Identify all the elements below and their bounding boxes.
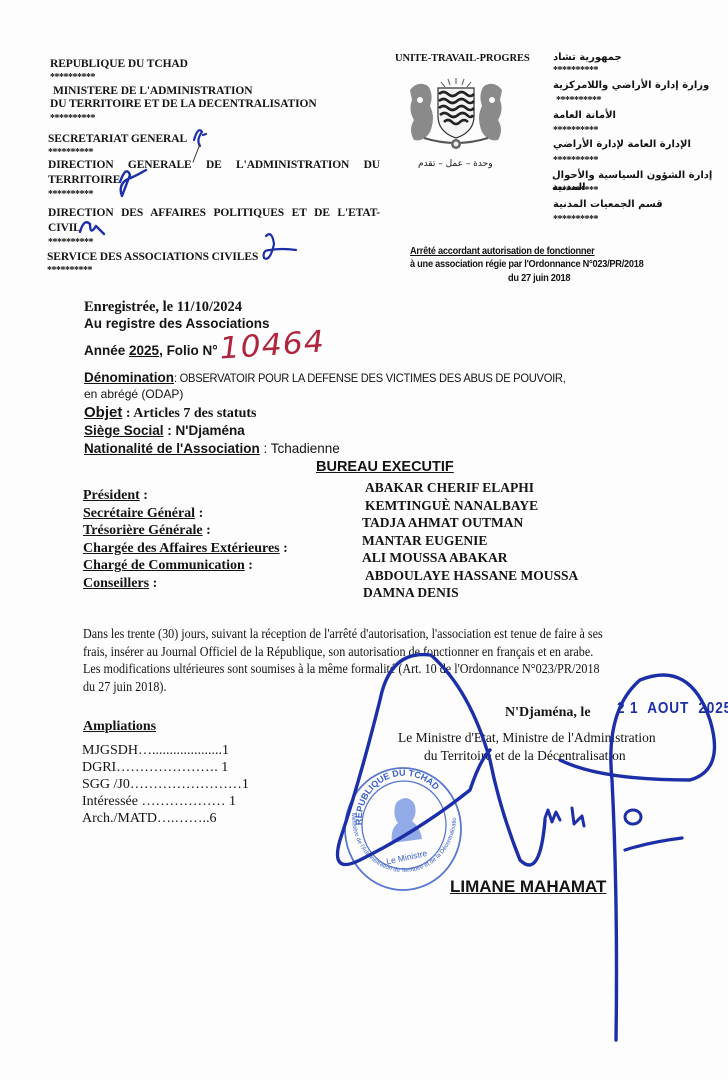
bureau-roles: Président : Secrétaire Général : Trésori…: [83, 487, 288, 592]
header-direction-generale-line1: DIRECTION GENERALE DE L'ADMINISTRATION D…: [48, 159, 380, 172]
separator: **********: [553, 126, 598, 136]
notice-line: Les modifications ultérieures sont soumi…: [83, 660, 653, 678]
arabic-header-line: قسم الجمعيات المدنية: [553, 199, 663, 211]
nationality-value: : Tchadienne: [260, 441, 340, 456]
member-name: KEMTINGUÈ NANALBAYE: [362, 497, 578, 515]
seat-label: Siège Social: [84, 423, 164, 438]
decree-ordinance: à une association régie par l'Ordonnance…: [410, 258, 644, 270]
ampliation-item: DGRI…………………. 1: [82, 759, 249, 776]
header-direction-affaires-line2: CIVIL: [48, 222, 81, 235]
folio-number-handwritten: 10464: [218, 324, 326, 366]
object-label: Objet: [84, 404, 122, 421]
decree-date: du 27 juin 2018: [508, 272, 570, 284]
header-secretariat: SECRETARIAT GENERAL: [48, 133, 187, 146]
separator: **********: [553, 186, 598, 196]
nationality-row: Nationalité de l'Association : Tchadienn…: [84, 440, 340, 458]
denomination-label: Dénomination: [84, 370, 174, 385]
svg-text:Le Ministre: Le Ministre: [385, 848, 428, 866]
separator: **********: [556, 96, 601, 106]
year-label: Année: [84, 343, 129, 358]
role-secretary-general: Secrétaire Général :: [83, 505, 288, 523]
arabic-header-line: وزارة إدارة الأراضي واللامركزية: [553, 80, 709, 92]
separator: **********: [48, 148, 93, 158]
role-advisors: Conseillers :: [83, 575, 288, 593]
member-name: ABDOULAYE HASSANE MOUSSA: [362, 567, 578, 585]
member-name: ABAKAR CHERIF ELAPHI: [362, 479, 578, 497]
minister-title-line2: du Territoire et de la Décentralisation: [424, 748, 626, 764]
bureau-members: ABAKAR CHERIF ELAPHI KEMTINGUÈ NANALBAYE…: [362, 479, 578, 602]
denomination-value: : OBSERVATOIR POUR LA DEFENSE DES VICTIM…: [174, 370, 566, 387]
ampliation-item: Intéressée ……………… 1: [82, 793, 249, 810]
separator: **********: [553, 66, 598, 76]
header-republic: REPUBLIQUE DU TCHAD: [50, 58, 188, 71]
abbreviation: en abrégé (ODAP): [84, 387, 183, 401]
role-external-affairs: Chargée des Affaires Extérieures :: [83, 540, 288, 558]
member-name: ALI MOUSSA ABAKAR: [362, 549, 578, 567]
role-president: Président :: [83, 487, 288, 505]
arabic-header-line: الإدارة العامة لإدارة الأراضي: [553, 139, 691, 151]
decree-title: Arrêté accordant autorisation de fonctio…: [410, 245, 595, 257]
ampliation-item: MJGSDH…....................1: [82, 742, 249, 759]
object-value: : Articles 7 des statuts: [122, 406, 256, 421]
ampliations-title: Ampliations: [83, 719, 156, 735]
separator: **********: [47, 266, 92, 276]
seat-value: : N'Djaména: [164, 423, 245, 438]
separator: **********: [50, 114, 95, 124]
arabic-header-line: الأمانة العامة: [553, 110, 616, 122]
member-name: MANTAR EUGENIE: [362, 532, 578, 550]
separator: **********: [48, 238, 93, 248]
ampliation-item: SGG /J0……………………1: [82, 776, 249, 793]
signatory-name: LIMANE MAHAMAT: [450, 877, 606, 897]
date-stamp: 2 1 AOUT 2025: [617, 700, 728, 718]
header-motto: UNITE-TRAVAIL-PROGRES: [395, 52, 530, 65]
header-direction-affaires-line1: DIRECTION DES AFFAIRES POLITIQUES ET DE …: [48, 207, 380, 220]
member-name: TADJA AHMAT OUTMAN: [362, 514, 578, 532]
registration-register: Au registre des Associations: [84, 316, 270, 331]
ampliations-list: MJGSDH…....................1 DGRI……………………: [82, 742, 249, 827]
role-communication: Chargé de Communication :: [83, 557, 288, 575]
signature-place: N'Djaména, le: [505, 705, 591, 721]
registration-year: 2025: [129, 343, 159, 358]
seat-row: Siège Social : N'Djaména: [84, 422, 245, 440]
member-name: DAMNA DENIS: [362, 584, 578, 602]
header-ministry-line2: DU TERRITOIRE ET DE LA DECENTRALISATION: [50, 98, 317, 111]
role-treasurer-general: Trésorière Générale :: [83, 522, 288, 540]
notice-paragraph: Dans les trente (30) jours, suivant la r…: [83, 625, 713, 695]
arabic-header-line: جمهورية تشاد: [553, 52, 622, 64]
header-service: SERVICE DES ASSOCIATIONS CIVILES: [47, 251, 258, 264]
denomination-row: Dénomination : OBSERVATOIR POUR LA DEFEN…: [84, 369, 595, 387]
separator: **********: [553, 156, 598, 166]
nationality-label: Nationalité de l'Association: [84, 441, 260, 456]
header-arabic-motto: وحدة – عمل – تقدم: [418, 158, 493, 170]
notice-line: du 27 juin 2018).: [83, 678, 653, 696]
registration-year-folio: Année 2025, Folio N°: [84, 343, 218, 358]
coat-of-arms-icon: [404, 76, 508, 160]
object-row: Objet : Articles 7 des statuts: [84, 404, 257, 422]
header-direction-generale-line2: TERRITOIRE: [48, 174, 120, 187]
bureau-title: BUREAU EXECUTIF: [316, 459, 454, 475]
separator: **********: [48, 190, 93, 200]
separator: **********: [50, 73, 95, 83]
registration-date: Enregistrée, le 11/10/2024: [84, 299, 242, 316]
ampliation-item: Arch./MATD….……..6: [82, 810, 249, 827]
header-ministry-line1: MINISTERE DE L'ADMINISTRATION: [53, 85, 252, 98]
minister-title-line1: Le Ministre d'Etat, Ministre de l'Admini…: [398, 730, 656, 746]
folio-label: , Folio N°: [159, 343, 218, 358]
official-seal-icon: REPUBLIQUE DU TCHAD Ministère de l'Admin…: [340, 763, 466, 893]
notice-line: Dans les trente (30) jours, suivant la r…: [83, 625, 653, 643]
notice-line: frais, insérer au Journal Officiel de la…: [83, 643, 653, 661]
separator: **********: [553, 215, 598, 225]
